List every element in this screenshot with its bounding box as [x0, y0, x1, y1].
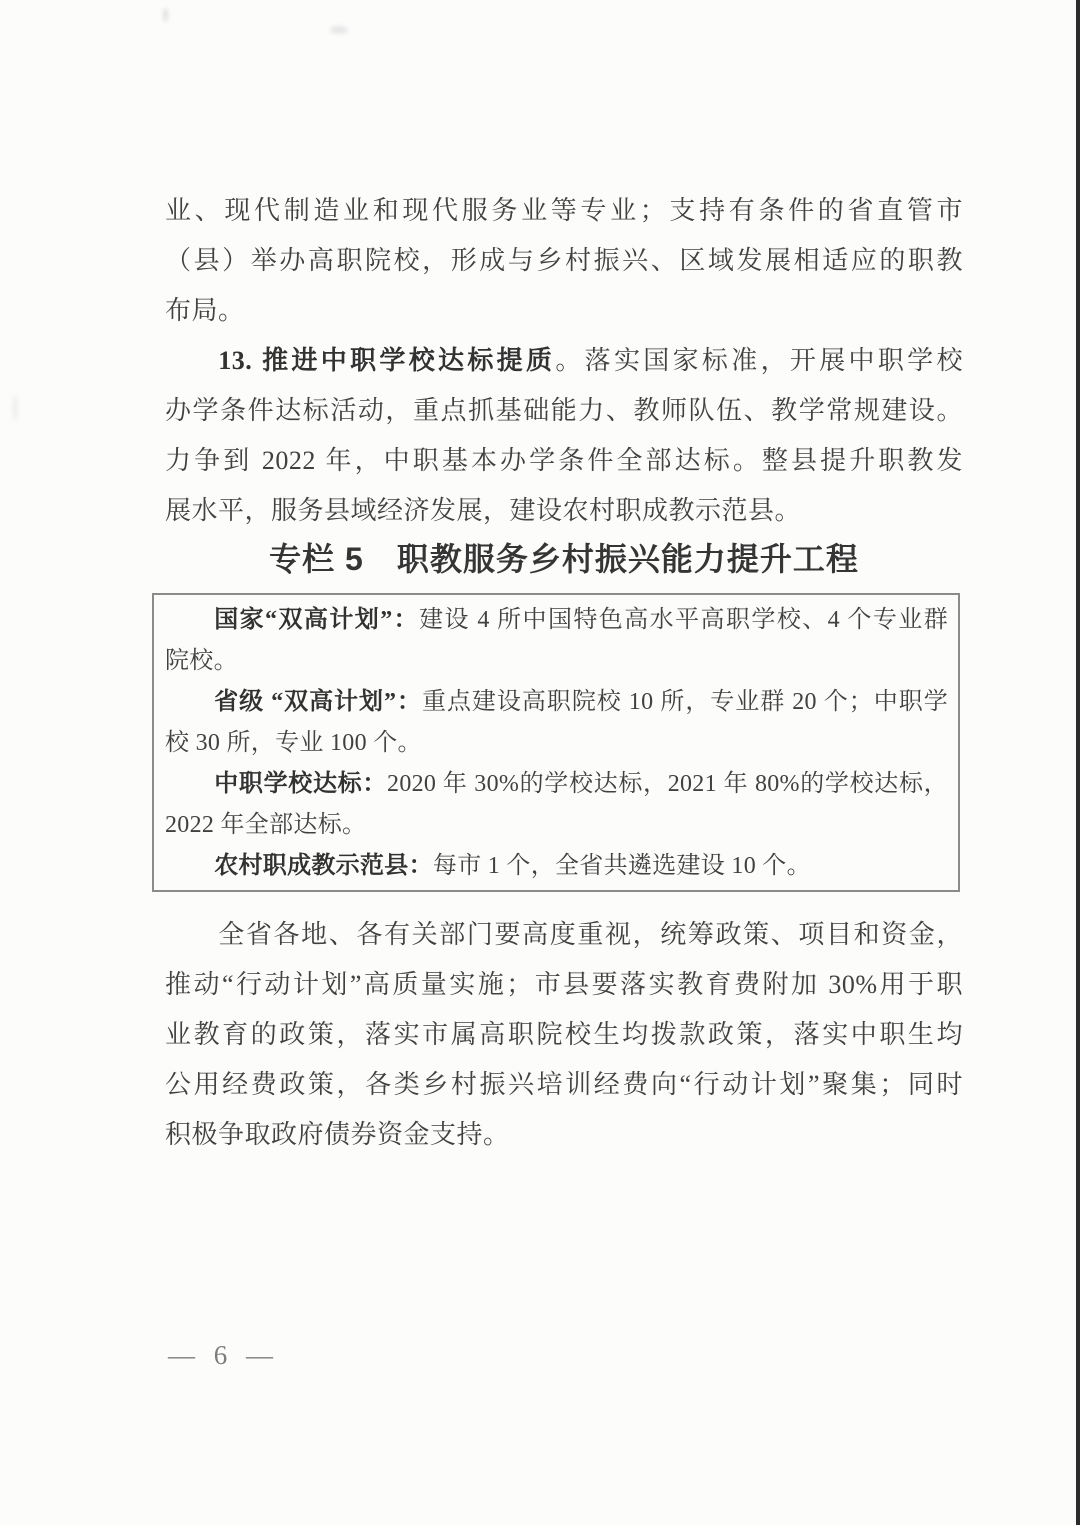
text-segment: 公用经费政策，各类乡村振兴培训经费向“行动计划”聚集；同时 [165, 1070, 963, 1099]
paragraph-continuation: 业、现代制造业和现代服务业等专业；支持有条件的省直管市（县）举办高职院校，形成与… [165, 186, 963, 336]
scan-artifact [330, 26, 348, 34]
text-line: 全省各地、各有关部门要高度重视，统筹政策、项目和资金， [165, 910, 963, 960]
text-segment: 业教育的政策，落实市属高职院校生均拨款政策，落实中职生均 [165, 1020, 963, 1049]
text-line: （县）举办高职院校，形成与乡村振兴、区域发展相适应的职教 [165, 236, 963, 286]
bold-text-segment: 国家“双高计划”： [214, 607, 419, 633]
text-segment: 院校。 [165, 648, 238, 674]
text-segment: 展水平，服务县域经济发展，建设农村职成教示范县。 [165, 496, 801, 525]
text-segment: 力争到 2022 年，中职基本办学条件全部达标。整县提升职教发 [165, 446, 963, 475]
text-line: 力争到 2022 年，中职基本办学条件全部达标。整县提升职教发 [165, 436, 963, 486]
scan-artifact [163, 8, 168, 22]
text-line: 国家“双高计划”：建设 4 所中国特色高水平高职学校、4 个专业群 [165, 600, 948, 641]
bold-text-segment: 省级 “双高计划”： [214, 689, 422, 715]
text-line: 公用经费政策，各类乡村振兴培训经费向“行动计划”聚集；同时 [165, 1060, 963, 1110]
scan-edge-line [1076, 0, 1080, 1525]
text-segment: 布局。 [165, 296, 245, 325]
text-segment: 推动“行动计划”高质量实施；市县要落实教育费附加 30%用于职 [165, 970, 963, 999]
text-line: 推动“行动计划”高质量实施；市县要落实教育费附加 30%用于职 [165, 960, 963, 1010]
text-line: 业、现代制造业和现代服务业等专业；支持有条件的省直管市 [165, 186, 963, 236]
text-segment: 2022 年全部达标。 [165, 812, 366, 838]
text-segment: 建设 4 所中国特色高水平高职学校、4 个专业群 [419, 607, 948, 633]
closing-paragraph: 全省各地、各有关部门要高度重视，统筹政策、项目和资金，推动“行动计划”高质量实施… [165, 910, 963, 1160]
text-line: 中职学校达标：2020 年 30%的学校达标，2021 年 80%的学校达标， [165, 764, 948, 805]
text-segment: 每市 1 个，全省共遴选建设 10 个。 [433, 853, 811, 879]
text-line: 布局。 [165, 286, 963, 336]
text-line: 2022 年全部达标。 [165, 805, 948, 846]
bold-text-segment: 农村职成教示范县： [214, 853, 433, 879]
panel-title: 专栏 5 职教服务乡村振兴能力提升工程 [165, 534, 963, 584]
text-segment: 办学条件达标活动，重点抓基础能力、教师队伍、教学常规建设。 [165, 396, 963, 425]
text-line: 校 30 所，专业 100 个。 [165, 723, 948, 764]
text-segment: 。落实国家标准，开展中职学校 [555, 346, 963, 375]
bold-text-segment: 13. 推进中职学校达标提质 [218, 346, 555, 375]
text-segment: 全省各地、各有关部门要高度重视，统筹政策、项目和资金， [218, 920, 963, 949]
page-number: — 6 — [168, 1340, 279, 1371]
text-line: 省级 “双高计划”：重点建设高职院校 10 所，专业群 20 个；中职学 [165, 682, 948, 723]
text-segment: 业、现代制造业和现代服务业等专业；支持有条件的省直管市 [165, 196, 963, 225]
text-segment: （县）举办高职院校，形成与乡村振兴、区域发展相适应的职教 [165, 246, 963, 275]
text-segment: 积极争取政府债券资金支持。 [165, 1120, 510, 1149]
boxed-panel: 国家“双高计划”：建设 4 所中国特色高水平高职学校、4 个专业群院校。省级 “… [152, 593, 960, 892]
text-segment: 校 30 所，专业 100 个。 [165, 730, 422, 756]
text-segment: 重点建设高职院校 10 所，专业群 20 个；中职学 [422, 689, 948, 715]
document-page: 业、现代制造业和现代服务业等专业；支持有条件的省直管市（县）举办高职院校，形成与… [0, 0, 1080, 1525]
text-line: 院校。 [165, 641, 948, 682]
text-line: 积极争取政府债券资金支持。 [165, 1110, 963, 1160]
text-line: 办学条件达标活动，重点抓基础能力、教师队伍、教学常规建设。 [165, 386, 963, 436]
scan-artifact [12, 395, 18, 421]
text-segment: 2020 年 30%的学校达标，2021 年 80%的学校达标， [387, 771, 948, 797]
text-line: 展水平，服务县域经济发展，建设农村职成教示范县。 [165, 486, 963, 536]
text-line: 业教育的政策，落实市属高职院校生均拨款政策，落实中职生均 [165, 1010, 963, 1060]
text-line: 农村职成教示范县：每市 1 个，全省共遴选建设 10 个。 [165, 846, 948, 887]
text-line: 13. 推进中职学校达标提质。落实国家标准，开展中职学校 [165, 336, 963, 386]
paragraph-item-13: 13. 推进中职学校达标提质。落实国家标准，开展中职学校办学条件达标活动，重点抓… [165, 336, 963, 536]
bold-text-segment: 中职学校达标： [214, 771, 387, 797]
